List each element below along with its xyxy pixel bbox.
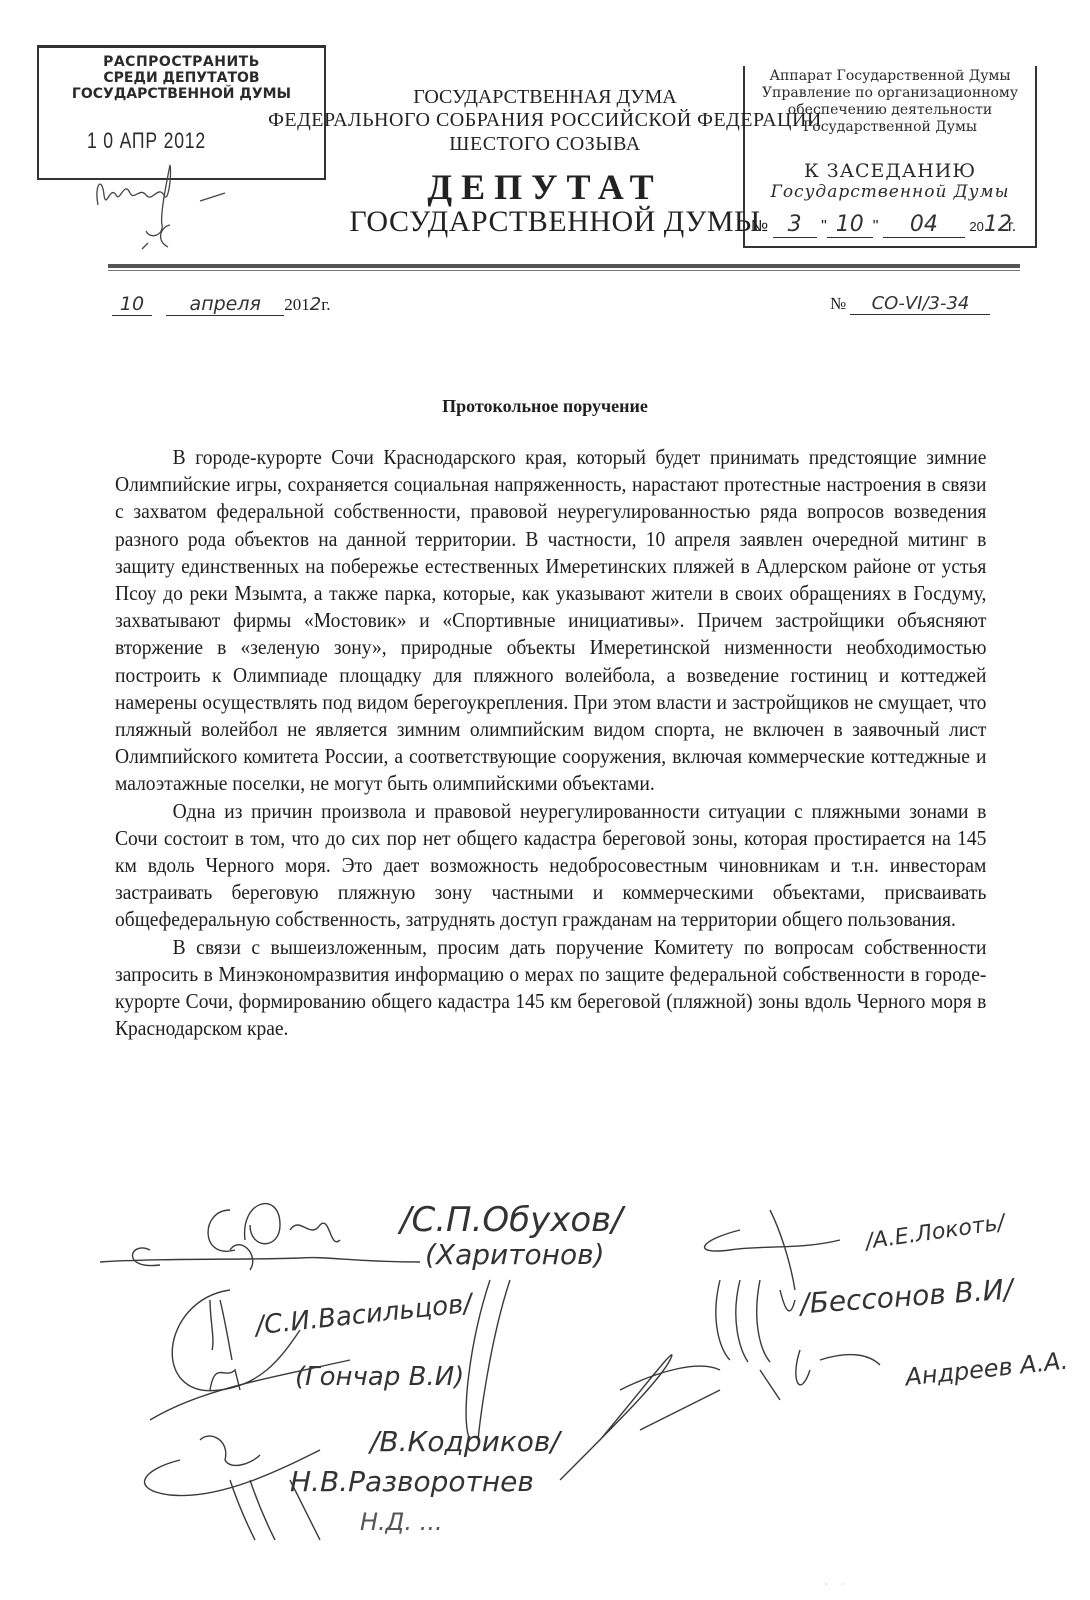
signature-scribbles-icon — [0, 0, 1090, 1600]
scan-noise: · · — [825, 1580, 844, 1589]
